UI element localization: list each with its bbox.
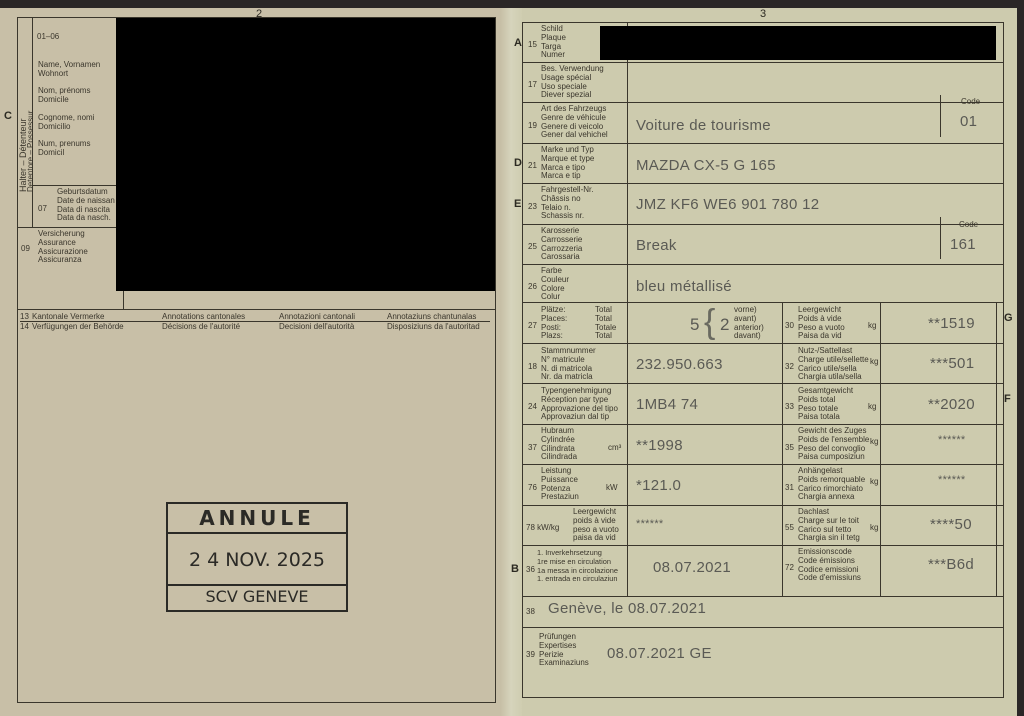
cancellation-stamp: ANNULE 2 4 NOV. 2025 SCV GENEVE xyxy=(166,502,348,612)
field-23-labels: Fahrgestell-Nr. Châssis no Telaio n. Sch… xyxy=(541,186,593,221)
field-36-labels: 1. Inverkehrsetzung 1re mise en circulat… xyxy=(537,549,618,584)
booklet-spine xyxy=(500,8,522,716)
body-type-value: Break xyxy=(636,237,677,254)
field-21-labels: Marke und Typ Marque et type Marca e tip… xyxy=(541,146,594,181)
field-36-code: 36 xyxy=(526,565,535,574)
field-32-labels: Nutz-/Sattellast Charge utile/sellette C… xyxy=(798,347,869,382)
field-37-labels: Hubraum Cylindrée Cilindrata Cilindrada xyxy=(541,427,577,462)
margin-letter-d: D xyxy=(514,157,522,169)
field-30-labels: Leergewicht Poids à vide Peso a vuoto Pa… xyxy=(798,306,845,341)
field-78-code: 78 kW/kg xyxy=(526,523,559,532)
power-unit: kW xyxy=(606,483,618,492)
margin-letter-b: B xyxy=(511,563,519,575)
vehicle-type-value: Voiture de tourisme xyxy=(636,117,771,134)
field-76-code: 76 xyxy=(528,483,537,492)
power-to-weight-value: ****** xyxy=(636,518,664,530)
field-19-labels: Art des Fahrzeugs Genre de véhicule Gene… xyxy=(541,105,608,140)
field-31-code: 31 xyxy=(785,483,794,492)
holder-code: 01–06 xyxy=(37,32,59,41)
birth-labels: Geburtsdatum Date de naissan Data di nas… xyxy=(57,188,115,223)
displacement-value: **1998 xyxy=(636,437,683,454)
stamp-office: SCV GENEVE xyxy=(168,586,346,608)
field-76-labels: Leistung Puissance Potenza Prestaziun xyxy=(541,467,579,502)
annotations-row-14: 14 Verfügungen der Behörde Décisions de … xyxy=(20,322,490,331)
vehicle-type-code-label: Code xyxy=(961,97,980,106)
page-number-right: 3 xyxy=(760,8,766,20)
field-35-code: 35 xyxy=(785,443,794,452)
payload-unit: kg xyxy=(870,357,878,366)
field-39-code: 39 xyxy=(526,650,535,659)
field-55-labels: Dachlast Charge sur le toit Carico sul t… xyxy=(798,508,860,543)
field-26-code: 26 xyxy=(528,282,537,291)
field-27-code: 27 xyxy=(528,321,537,330)
annotations-row-13: 13 Kantonale Vermerke Annotations canton… xyxy=(20,312,490,322)
towing-weight-value: ****** xyxy=(938,474,966,486)
field-18-labels: Stammnummer N° matricule N. di matricola… xyxy=(541,347,596,382)
margin-letter-c: C xyxy=(4,110,12,122)
field-38-code: 38 xyxy=(526,607,535,616)
field-55-code: 55 xyxy=(785,523,794,532)
train-weight-value: ****** xyxy=(938,434,966,446)
field-25-labels: Karosserie Carrosserie Carrozzeria Caros… xyxy=(541,227,582,262)
margin-letter-e: E xyxy=(514,198,521,210)
seats-total-value: 5 xyxy=(690,315,700,335)
redacted-plate-number xyxy=(600,26,996,60)
field-25-code: 25 xyxy=(528,242,537,251)
payload-value: ***501 xyxy=(930,355,974,372)
margin-letter-a: A xyxy=(514,37,522,49)
seats-front-labels: vorne) avant) anterior) davant) xyxy=(734,306,764,341)
redacted-holder-info xyxy=(116,18,495,291)
field-39-labels: Prüfungen Expertises Perizie Examinaziun… xyxy=(539,633,589,668)
chassis-number-value: JMZ KF6 WE6 901 780 12 xyxy=(636,196,819,213)
margin-letter-g: G xyxy=(1004,312,1013,324)
field-15-code: 15 xyxy=(528,40,537,49)
field-17-code: 17 xyxy=(528,80,537,89)
roof-load-unit: kg xyxy=(870,523,878,532)
seats-front-value: 2 xyxy=(720,315,730,335)
empty-weight-unit: kg xyxy=(868,321,876,330)
field-72-labels: Emissionscode Code émissions Codice emis… xyxy=(798,548,861,583)
body-code-value: 161 xyxy=(950,236,976,253)
field-27-labels: Plätze: Places: Posti: Plazs: xyxy=(541,306,567,341)
roof-load-value: ****50 xyxy=(930,516,972,533)
holder-labels: Name, Vornamen Wohnort Nom, prénoms Domi… xyxy=(38,61,100,158)
issue-place-date-value: Genève, le 08.07.2021 xyxy=(548,600,706,617)
field-17-labels: Bes. Verwendung Usage spécial Uso specia… xyxy=(541,65,604,100)
holder-vertical-label-2: Detentore – Possessur xyxy=(26,111,36,192)
field-32-code: 32 xyxy=(785,362,794,371)
emission-code-value: ***B6d xyxy=(928,556,974,573)
field-78-labels: Leergewicht poids à vide peso a vuoto pa… xyxy=(573,508,619,543)
make-model-value: MAZDA CX-5 G 165 xyxy=(636,157,776,174)
annotations-header: 13 Kantonale Vermerke Annotations canton… xyxy=(20,312,490,331)
field-33-code: 33 xyxy=(785,402,794,411)
stamp-annule: ANNULE xyxy=(168,504,346,534)
insurance-labels: Versicherung Assurance Assicurazione Ass… xyxy=(38,230,88,265)
field-72-code: 72 xyxy=(785,563,794,572)
towing-weight-unit: kg xyxy=(870,477,878,486)
birth-code: 07 xyxy=(38,204,47,213)
empty-weight-value: **1519 xyxy=(928,315,975,332)
vehicle-type-code-value: 01 xyxy=(960,113,977,130)
field-35-labels: Gewicht des Zuges Poids de l'ensemble Pe… xyxy=(798,427,869,462)
field-33-labels: Gesamtgewicht Poids total Peso totale Pa… xyxy=(798,387,853,422)
first-registration-value: 08.07.2021 xyxy=(653,559,731,576)
field-37-code: 37 xyxy=(528,443,537,452)
margin-letter-f: F xyxy=(1004,393,1011,405)
field-15-labels: Schild Plaque Targa Numer xyxy=(541,25,566,60)
inspection-value: 08.07.2021 GE xyxy=(607,645,712,662)
field-24-labels: Typengenehmigung Réception par type Appr… xyxy=(541,387,618,422)
insurance-code: 09 xyxy=(21,244,30,253)
total-weight-value: **2020 xyxy=(928,396,975,413)
field-23-code: 23 xyxy=(528,202,537,211)
field-18-code: 18 xyxy=(528,362,537,371)
field-24-code: 24 xyxy=(528,402,537,411)
stamp-date: 2 4 NOV. 2025 xyxy=(168,534,346,586)
master-number-value: 232.950.663 xyxy=(636,356,723,373)
displacement-unit: cm³ xyxy=(608,443,621,452)
field-30-code: 30 xyxy=(785,321,794,330)
field-21-code: 21 xyxy=(528,161,537,170)
field-31-labels: Anhängelast Poids remorquable Carico rim… xyxy=(798,467,865,502)
field-26-labels: Farbe Couleur Colore Colur xyxy=(541,267,569,302)
field-19-code: 19 xyxy=(528,121,537,130)
body-code-label: Code xyxy=(959,220,978,229)
type-approval-value: 1MB4 74 xyxy=(636,396,698,413)
seats-brace-icon: { xyxy=(704,304,715,340)
field-27-totals: Total Total Totale Total xyxy=(595,306,616,341)
power-value: *121.0 xyxy=(636,477,681,494)
train-weight-unit: kg xyxy=(870,437,878,446)
total-weight-unit: kg xyxy=(868,402,876,411)
color-value: bleu métallisé xyxy=(636,278,732,295)
